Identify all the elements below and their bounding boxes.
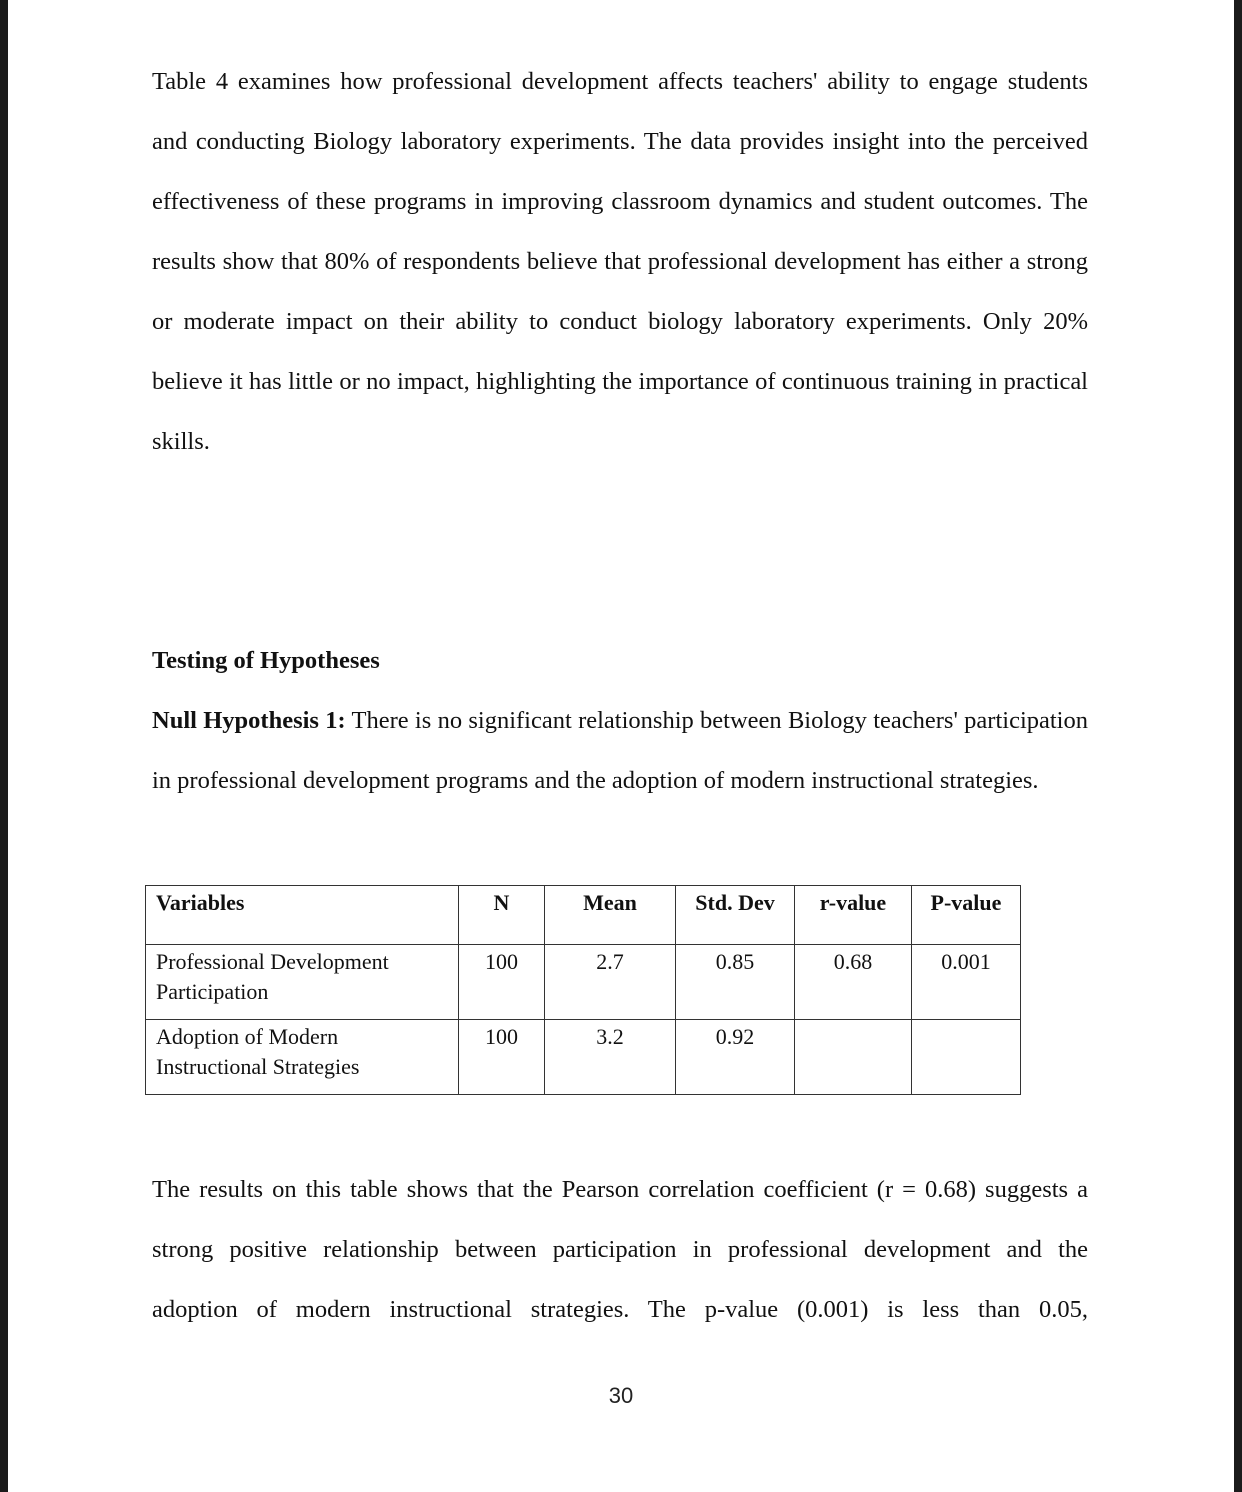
header-r-value: r-value xyxy=(795,886,912,945)
cell-variable: Professional Development Participation xyxy=(146,945,459,1020)
cell-mean: 3.2 xyxy=(545,1020,676,1095)
header-variables: Variables xyxy=(146,886,459,945)
cell-r-value xyxy=(795,1020,912,1095)
cell-p-value: 0.001 xyxy=(912,945,1021,1020)
cell-variable: Adoption of Modern Instructional Strateg… xyxy=(146,1020,459,1095)
document-page: Table 4 examines how professional develo… xyxy=(8,0,1234,1492)
null-hypothesis-paragraph: Null Hypothesis 1: There is no significa… xyxy=(152,691,1088,811)
cell-std-dev: 0.92 xyxy=(676,1020,795,1095)
table-header-row: Variables N Mean Std. Dev r-value P-valu… xyxy=(146,886,1021,945)
header-p-value: P-value xyxy=(912,886,1021,945)
correlation-table: Variables N Mean Std. Dev r-value P-valu… xyxy=(145,885,1021,1095)
cell-mean: 2.7 xyxy=(545,945,676,1020)
header-std-dev: Std. Dev xyxy=(676,886,795,945)
cell-p-value xyxy=(912,1020,1021,1095)
section-heading: Testing of Hypotheses xyxy=(152,631,380,691)
intro-paragraph: Table 4 examines how professional develo… xyxy=(152,52,1088,472)
header-n: N xyxy=(459,886,545,945)
cell-n: 100 xyxy=(459,945,545,1020)
hypothesis-label: Null Hypothesis 1: xyxy=(152,707,346,734)
page-number: 30 xyxy=(8,1383,1234,1409)
header-mean: Mean xyxy=(545,886,676,945)
results-paragraph: The results on this table shows that the… xyxy=(152,1160,1088,1340)
cell-std-dev: 0.85 xyxy=(676,945,795,1020)
table-row: Adoption of Modern Instructional Strateg… xyxy=(146,1020,1021,1095)
cell-r-value: 0.68 xyxy=(795,945,912,1020)
table-row: Professional Development Participation 1… xyxy=(146,945,1021,1020)
cell-n: 100 xyxy=(459,1020,545,1095)
